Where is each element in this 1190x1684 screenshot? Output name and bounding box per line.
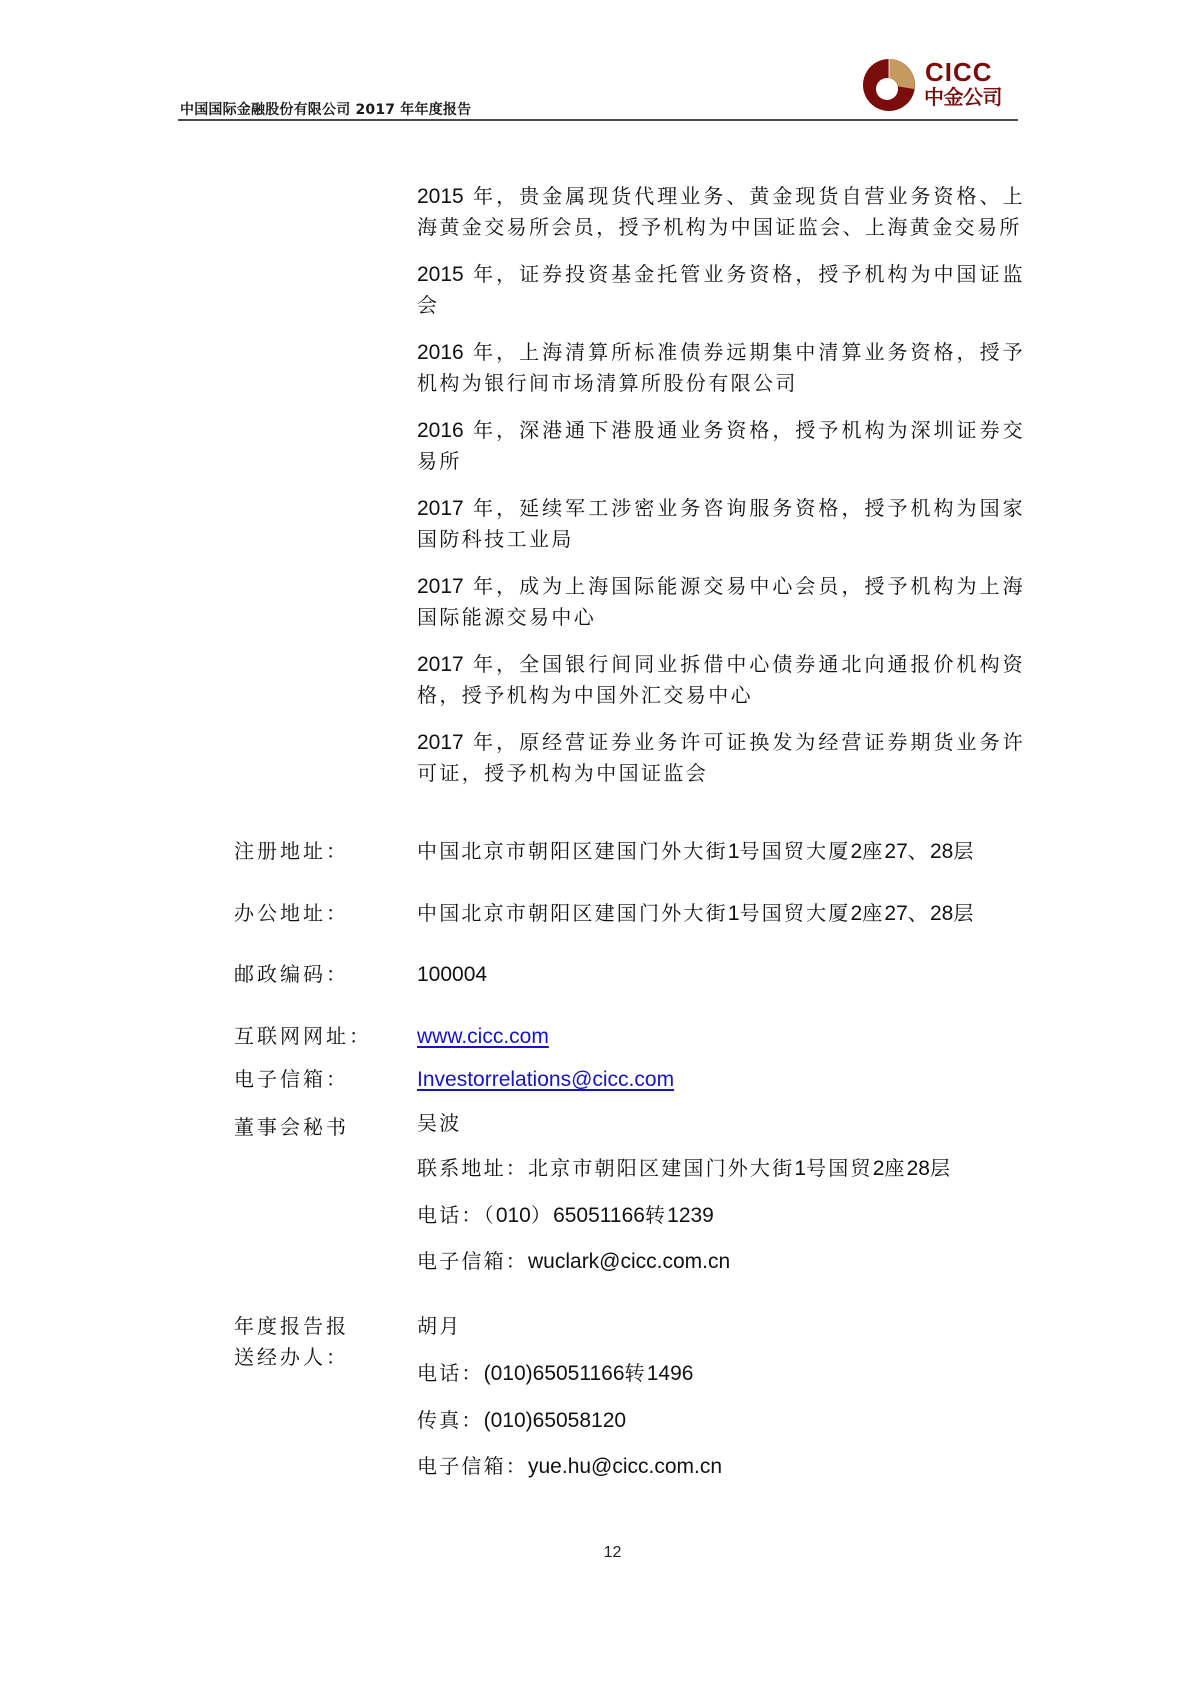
- address-part: 28: [930, 902, 953, 925]
- qualification-item: 2016 年，深港通下港股通业务资格，授予机构为深圳证券交易所: [417, 415, 1025, 477]
- email-label: 电子信箱：: [417, 1249, 528, 1273]
- address-part: 座: [862, 901, 884, 925]
- email-value: wuclark@cicc.com.cn: [528, 1250, 730, 1273]
- header-divider: [178, 119, 1018, 121]
- qualification-year: 2017: [417, 731, 464, 754]
- report-contact-name: 胡月: [417, 1311, 461, 1342]
- address-part: 2: [851, 902, 863, 925]
- qualification-text: 年，原经营证券业务许可证换发为经营证券期货业务许可证，授予机构为中国证监会: [417, 730, 1025, 785]
- ir-email-value-wrap: Investorrelations@cicc.com: [417, 1064, 674, 1095]
- ir-email-label: 电子信箱：: [234, 1064, 349, 1095]
- qualification-text: 年，证券投资基金托管业务资格，授予机构为中国证监会: [417, 262, 1025, 317]
- board-secretary-label: 董事会秘书: [234, 1112, 349, 1143]
- qualification-item: 2017 年，成为上海国际能源交易中心会员，授予机构为上海国际能源交易中心: [417, 571, 1025, 633]
- board-secretary-phone: 电话：（010）65051166转1239: [417, 1200, 714, 1231]
- address-part: 中国北京市朝阳区建国门外大街: [417, 839, 728, 863]
- qualification-year: 2016: [417, 419, 464, 442]
- address-part: 层: [953, 839, 975, 863]
- address-part: 27: [884, 902, 907, 925]
- qualification-text: 年，全国银行间同业拆借中心债券通北向通报价机构资格，授予机构为中国外汇交易中心: [417, 652, 1025, 707]
- address-part: 27: [884, 840, 907, 863]
- address-part: 号国贸大厦: [740, 901, 851, 925]
- qualification-text: 年，延续军工涉密业务咨询服务资格，授予机构为国家国防科技工业局: [417, 496, 1025, 551]
- address-part: 号国贸大厦: [740, 839, 851, 863]
- board-secretary-email: 电子信箱：wuclark@cicc.com.cn: [417, 1246, 730, 1277]
- address-part: 层: [953, 901, 975, 925]
- phone-part: 1239: [667, 1204, 714, 1227]
- website-label: 互联网网址：: [234, 1021, 372, 1052]
- report-contact-fax: 传真：(010)65058120: [417, 1405, 626, 1436]
- board-secretary-email-row: 电子信箱：wuclark@cicc.com.cn: [0, 1246, 1190, 1278]
- qualification-text: 年，深港通下港股通业务资格，授予机构为深圳证券交易所: [417, 418, 1025, 473]
- cicc-logo-icon: [862, 58, 916, 112]
- address-part: 28: [907, 1157, 930, 1180]
- office-address-label: 办公地址：: [234, 898, 349, 929]
- registered-address-value: 中国北京市朝阳区建国门外大街1号国贸大厦2座27、28层: [417, 836, 976, 867]
- phone-label: 电话：: [417, 1203, 484, 1227]
- address-part: 2: [851, 840, 863, 863]
- postal-code-value: 100004: [417, 959, 487, 990]
- address-part: 、: [908, 901, 930, 925]
- website-row: 互联网网址： www.cicc.com: [0, 1021, 1190, 1053]
- phone-part: 65051166: [553, 1204, 645, 1227]
- address-label: 联系地址：: [417, 1156, 528, 1180]
- address-part: 座: [884, 1156, 906, 1180]
- report-contact-phone-row: 电话：(010)65051166转1496: [0, 1358, 1190, 1390]
- address-part: 1: [728, 902, 740, 925]
- email-value: yue.hu@cicc.com.cn: [528, 1455, 722, 1478]
- qualification-year: 2016: [417, 341, 464, 364]
- phone-part: 转: [645, 1203, 667, 1227]
- qualification-item: 2017 年，延续军工涉密业务咨询服务资格，授予机构为国家国防科技工业局: [417, 493, 1025, 555]
- qualification-text: 年，成为上海国际能源交易中心会员，授予机构为上海国际能源交易中心: [417, 574, 1025, 629]
- board-secretary-phone-row: 电话：（010）65051166转1239: [0, 1200, 1190, 1232]
- report-contact-email-row: 电子信箱：yue.hu@cicc.com.cn: [0, 1451, 1190, 1483]
- address-part: 1: [794, 1157, 806, 1180]
- email-label: 电子信箱：: [417, 1454, 528, 1478]
- logo-text-en: CICC: [925, 59, 993, 85]
- qualification-text: 年，贵金属现货代理业务、黄金现货自营业务资格、上海黄金交易所会员，授予机构为中国…: [417, 184, 1025, 239]
- office-address-value: 中国北京市朝阳区建国门外大街1号国贸大厦2座27、28层: [417, 898, 976, 929]
- report-contact-email: 电子信箱：yue.hu@cicc.com.cn: [417, 1451, 722, 1482]
- address-part: 1: [728, 840, 740, 863]
- address-part: 座: [862, 839, 884, 863]
- website-value-wrap: www.cicc.com: [417, 1021, 549, 1052]
- qualification-item: 2017 年，原经营证券业务许可证换发为经营证券期货业务许可证，授予机构为中国证…: [417, 727, 1025, 789]
- phone-part: 010: [496, 1204, 531, 1227]
- board-secretary-row: 董事会秘书 吴波: [0, 1108, 1190, 1140]
- logo-text-cn: 中金公司: [924, 86, 1002, 108]
- phone-part: 1496: [647, 1362, 694, 1385]
- qualification-year: 2017: [417, 497, 464, 520]
- address-part: 中国北京市朝阳区建国门外大街: [417, 901, 728, 925]
- fax-value: (010)65058120: [484, 1409, 626, 1432]
- phone-label: 电话：: [417, 1361, 484, 1385]
- address-part: 28: [930, 840, 953, 863]
- report-contact-phone: 电话：(010)65051166转1496: [417, 1358, 693, 1389]
- qualification-item: 2015 年，证券投资基金托管业务资格，授予机构为中国证监会: [417, 259, 1025, 321]
- board-secretary-address: 联系地址：北京市朝阳区建国门外大街1号国贸2座28层: [417, 1153, 952, 1184]
- qualification-text: 年，上海清算所标准债券远期集中清算业务资格，授予机构为银行间市场清算所股份有限公…: [417, 340, 1025, 395]
- postal-code-row: 邮政编码： 100004: [0, 959, 1190, 991]
- qualification-item: 2017 年，全国银行间同业拆借中心债券通北向通报价机构资格，授予机构为中国外汇…: [417, 649, 1025, 711]
- ir-email-link[interactable]: Investorrelations@cicc.com: [417, 1068, 674, 1091]
- phone-part: 转: [625, 1361, 647, 1385]
- office-address-row: 办公地址： 中国北京市朝阳区建国门外大街1号国贸大厦2座27、28层: [0, 898, 1190, 930]
- postal-code-label: 邮政编码：: [234, 959, 349, 990]
- page-number: 12: [0, 1544, 1190, 1562]
- phone-part: （: [484, 1203, 496, 1227]
- board-secretary-address-row: 联系地址：北京市朝阳区建国门外大街1号国贸2座28层: [0, 1153, 1190, 1185]
- qualification-item: 2015 年，贵金属现货代理业务、黄金现货自营业务资格、上海黄金交易所会员，授予…: [417, 181, 1025, 243]
- fax-label: 传真：: [417, 1408, 484, 1432]
- ir-email-row: 电子信箱： Investorrelations@cicc.com: [0, 1064, 1190, 1096]
- phone-part: ）: [531, 1203, 553, 1227]
- qualification-item: 2016 年，上海清算所标准债券远期集中清算业务资格，授予机构为银行间市场清算所…: [417, 337, 1025, 399]
- qualification-year: 2017: [417, 575, 464, 598]
- address-part: 、: [908, 839, 930, 863]
- address-part: 北京市朝阳区建国门外大街: [528, 1156, 794, 1180]
- qualification-year: 2017: [417, 653, 464, 676]
- report-contact-label-line1: 年度报告报: [234, 1311, 349, 1342]
- cicc-logo: CICC 中金公司: [860, 56, 1020, 114]
- registered-address-label: 注册地址：: [234, 836, 349, 867]
- registered-address-row: 注册地址： 中国北京市朝阳区建国门外大街1号国贸大厦2座27、28层: [0, 836, 1190, 868]
- report-contact-fax-row: 传真：(010)65058120: [0, 1405, 1190, 1437]
- phone-part: (010)65051166: [484, 1362, 625, 1385]
- qualification-year: 2015: [417, 263, 464, 286]
- website-link[interactable]: www.cicc.com: [417, 1025, 549, 1048]
- address-part: 2: [873, 1157, 885, 1180]
- report-contact-row: 年度报告报 胡月: [0, 1311, 1190, 1343]
- qualifications-list: 2015 年，贵金属现货代理业务、黄金现货自营业务资格、上海黄金交易所会员，授予…: [417, 181, 1025, 805]
- address-part: 层: [930, 1156, 952, 1180]
- board-secretary-name: 吴波: [417, 1108, 461, 1139]
- qualification-year: 2015: [417, 185, 464, 208]
- report-title: 中国国际金融股份有限公司 2017 年年度报告: [180, 99, 471, 119]
- address-part: 号国贸: [806, 1156, 873, 1180]
